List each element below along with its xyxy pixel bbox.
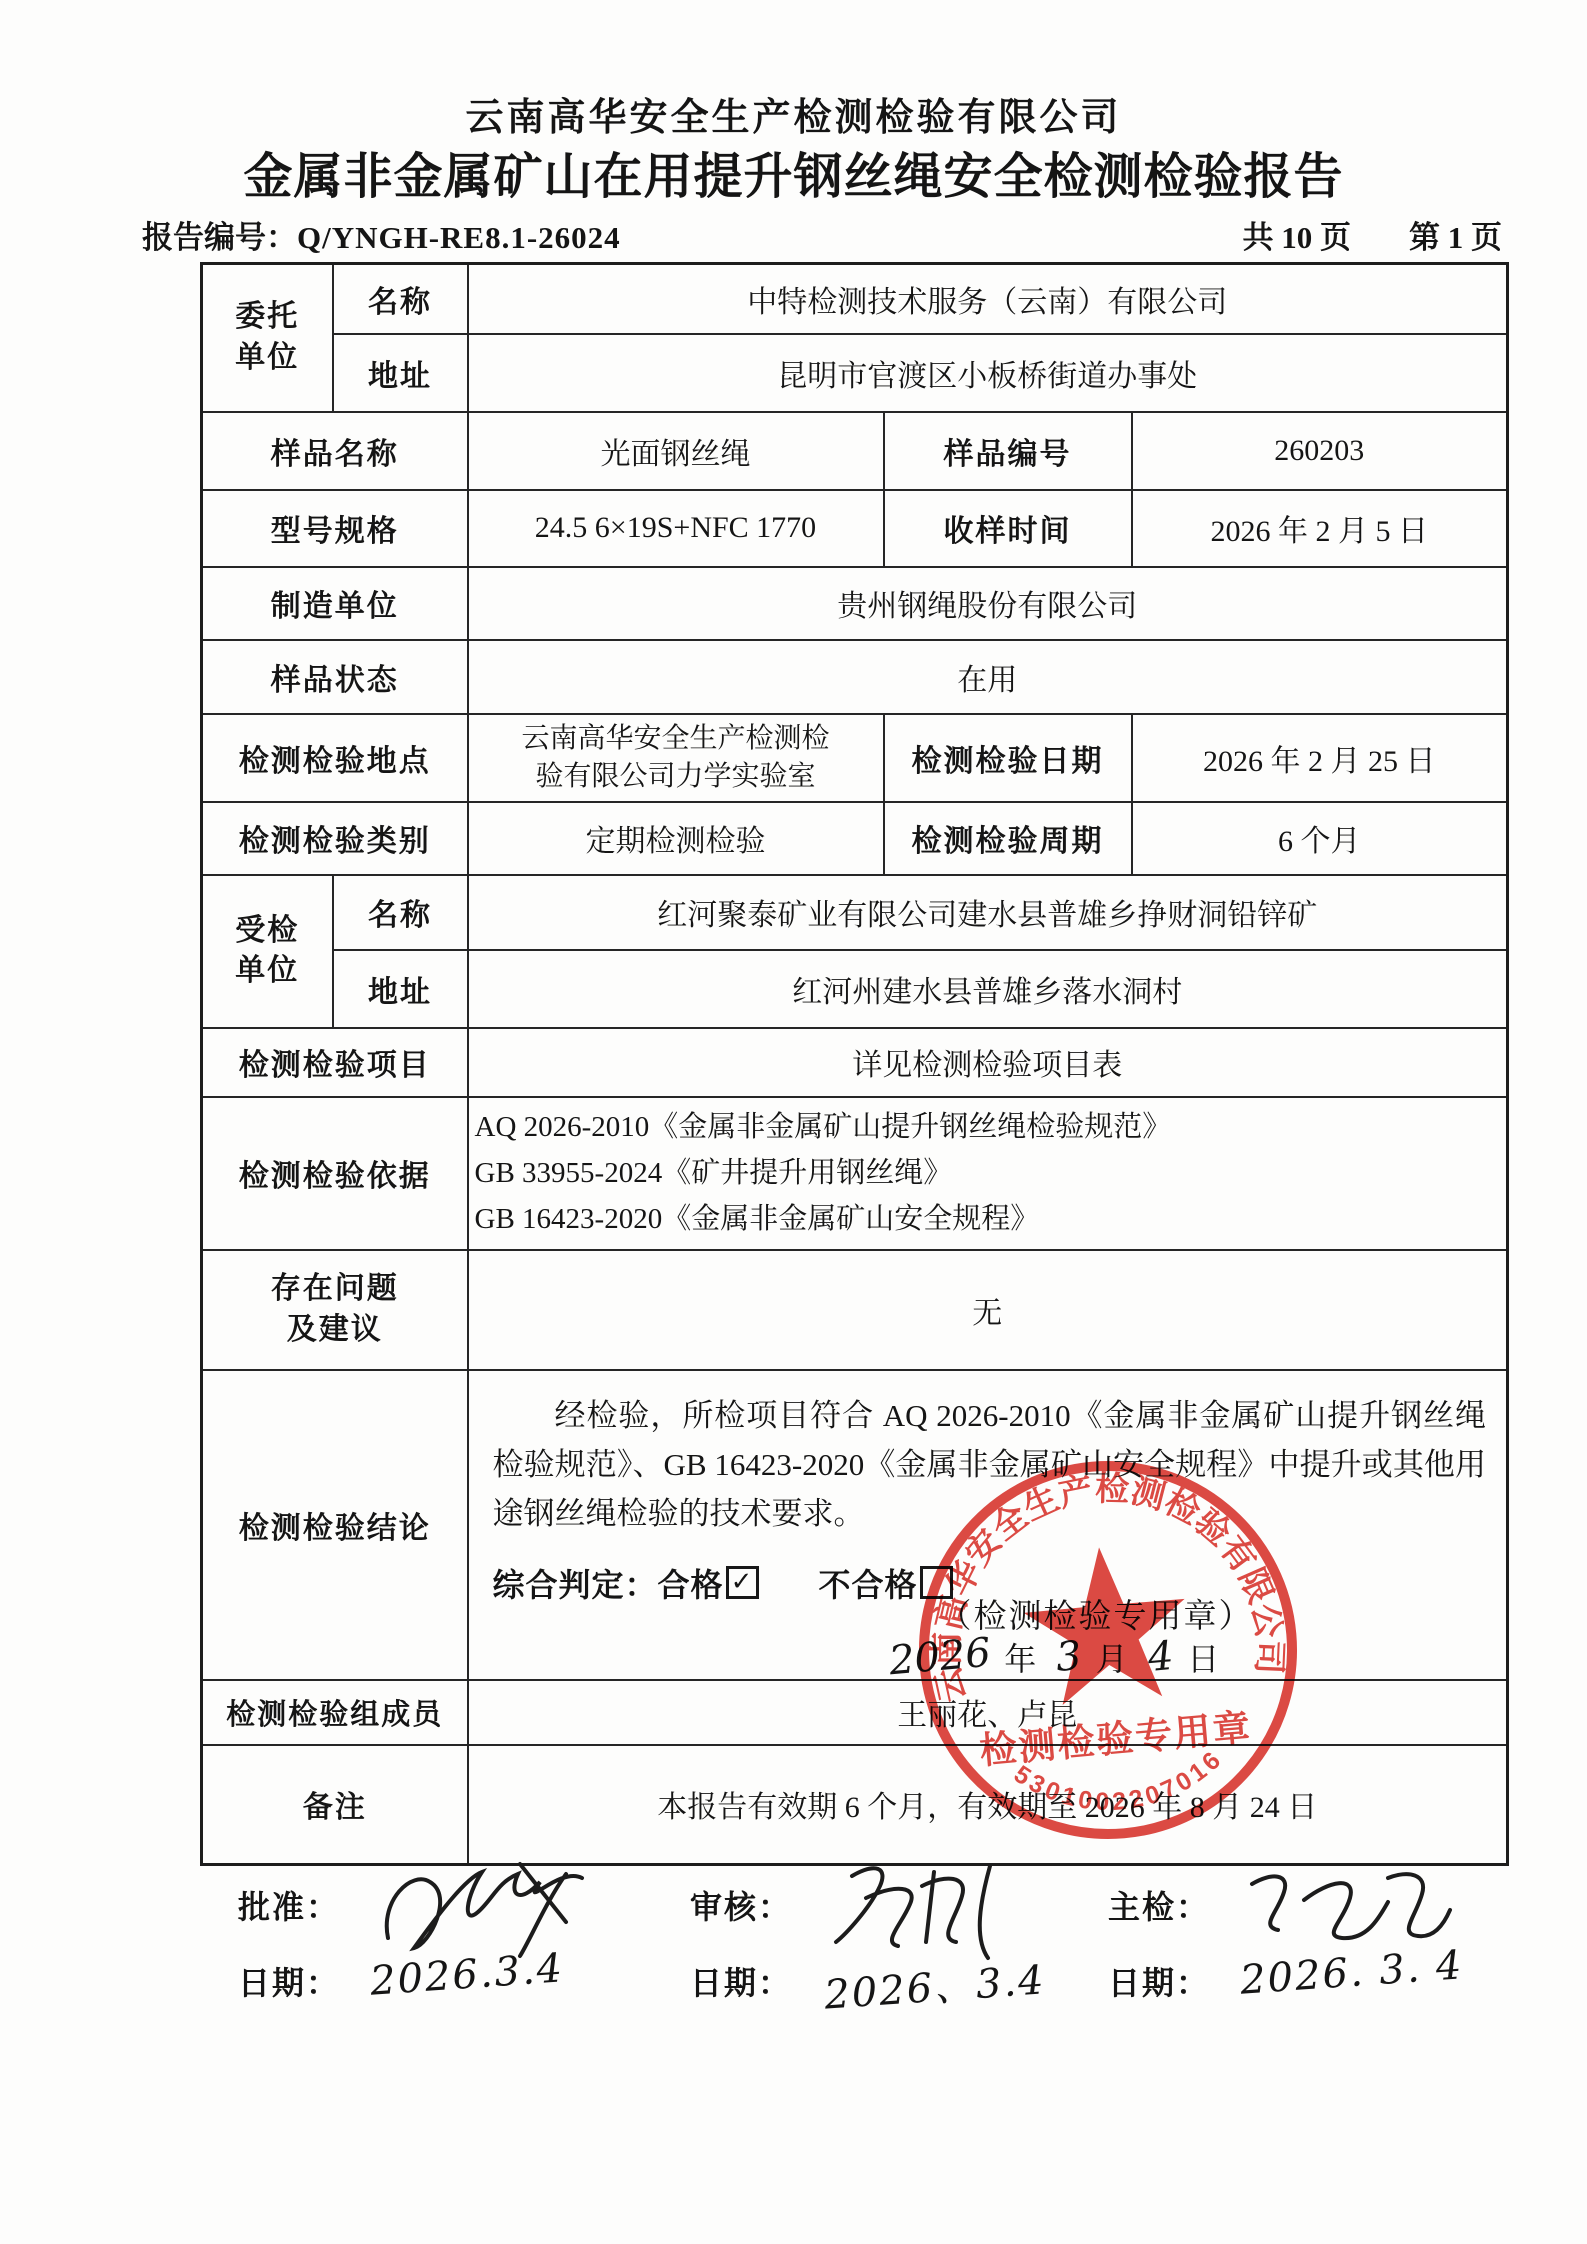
chief-date-label: 日期： <box>1108 1958 1210 2004</box>
report-page: 云南高华安全生产检测检验有限公司 金属非金属矿山在用提升钢丝绳安全检测检验报告 … <box>0 0 1587 2244</box>
chief-date-value: 2026. 3. 4 <box>1239 1942 1465 2003</box>
review-signature <box>822 1846 1032 1966</box>
approve-date-label: 日期： <box>238 1958 340 2004</box>
approve-signature <box>370 1852 600 1962</box>
chief-label: 主检： <box>1108 1882 1210 1928</box>
chief-signature <box>1238 1850 1458 1950</box>
review-date-label: 日期： <box>690 1958 792 2004</box>
review-label: 审核： <box>690 1882 792 1928</box>
signature-block: 批准： 日期： 2026.3.4 审核： 日期： 2026、3.4 主检： 日期… <box>0 0 1587 2244</box>
approve-label: 批准： <box>238 1882 340 1928</box>
